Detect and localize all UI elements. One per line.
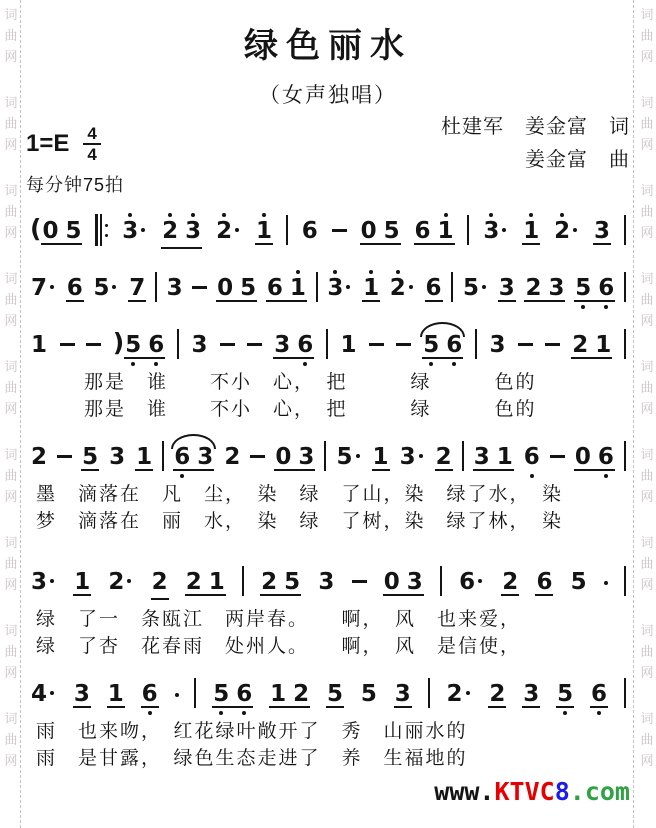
note-group: 4 [30, 673, 57, 717]
repeat-bar [95, 214, 98, 246]
watermark-char: 曲 [2, 729, 20, 750]
watermark-char: 曲 [638, 113, 656, 134]
ktvc8-logo[interactable]: www.KTVC8.com [434, 777, 630, 806]
octave-dot-row [93, 303, 109, 311]
note-group: 6 [523, 436, 541, 480]
watermark-char: 曲 [638, 201, 656, 222]
credits: 杜建军 姜金富 词 姜金富 曲 [441, 111, 630, 177]
dash-note [220, 343, 235, 346]
beam-group: 63 [173, 436, 214, 480]
note: 6 [459, 561, 475, 605]
augmentation-dot [478, 579, 482, 583]
watermark-char: 网 [2, 310, 20, 331]
watermark-char: 网 [2, 574, 20, 595]
note-group: 2 [488, 673, 506, 717]
note: 6 [591, 673, 607, 717]
octave-dot-row [415, 246, 431, 254]
dash-note [250, 455, 265, 458]
watermark-column-right: 词曲网词曲网词曲网词曲网词曲网词曲网词曲网词曲网词曲网 [638, 4, 656, 828]
watermark-char: 词 [2, 92, 20, 113]
beam-group: 61 [414, 210, 455, 254]
beam-group: 5 [462, 267, 489, 311]
octave-dot-row [256, 246, 272, 254]
beam-group: 2 [553, 210, 580, 254]
watermark-char: 曲 [2, 377, 20, 398]
note-digit: 0 [361, 219, 377, 243]
barline [440, 566, 442, 596]
octave-dot-row [557, 709, 573, 717]
note-group: 2 [553, 210, 580, 254]
octave-dot-high [489, 213, 493, 217]
octave-dot-row [474, 472, 490, 480]
logo-eight: 8 [555, 777, 570, 806]
watermark-char: 词 [638, 356, 656, 377]
octave-dot-row [191, 360, 207, 368]
beam-group: 5 [92, 267, 119, 311]
octave-dot-row [284, 597, 300, 605]
note-group: 3 [30, 561, 57, 605]
note-digit: 5 [284, 570, 300, 594]
note-group: 61 [266, 267, 307, 311]
watermark-group: 词曲网 [2, 532, 20, 595]
octave-dot-row [489, 360, 505, 368]
octave-dot-row [502, 597, 518, 605]
octave-dot-row [318, 597, 334, 605]
watermark-char: 曲 [2, 113, 20, 134]
beam-group: 56 [124, 324, 165, 368]
note-group: 56 [574, 267, 615, 311]
note: 0 [275, 436, 291, 480]
octave-dot-high [529, 213, 533, 217]
watermark-group: 词曲网 [2, 268, 20, 331]
note-group: 05 [360, 210, 401, 254]
octave-dot-row [390, 303, 406, 311]
note-digit: 5 [82, 445, 98, 469]
beam-group: 5 [326, 673, 344, 717]
note-digit: 2 [108, 570, 124, 594]
note: 3 [74, 673, 90, 717]
note-digit: 3 [191, 333, 207, 357]
note-digit: 1 [31, 333, 47, 357]
note-digit: 1 [74, 570, 90, 594]
note-digit: 3 [523, 682, 539, 706]
beam-group: 3 [394, 673, 412, 717]
note-group: 3 [121, 210, 148, 254]
note-digit: 2 [293, 682, 309, 706]
note-group: 3 [488, 324, 506, 368]
octave-dot-row [186, 597, 202, 605]
watermark-char: 词 [638, 4, 656, 25]
octave-dot-row [31, 303, 47, 311]
octave-dot-row [598, 472, 614, 480]
octave-dot-row [497, 472, 513, 480]
dash-note [396, 343, 411, 346]
beam-group: 3 [30, 561, 57, 605]
note: 2 [261, 561, 277, 605]
note: 5 [240, 267, 256, 311]
barline [155, 272, 157, 302]
note-group: 12 [269, 673, 310, 717]
augmentation-dot [409, 285, 413, 289]
octave-dot-low [530, 474, 534, 478]
beam-group: 05 [41, 210, 82, 254]
beam-group: 3 [326, 267, 353, 311]
note-group: 1 [522, 210, 540, 254]
barline [624, 272, 626, 302]
beam-group: 2 [223, 436, 241, 480]
note: 6 [524, 436, 540, 480]
note-digit: 3 [185, 219, 201, 243]
note-digit: 7 [31, 276, 47, 300]
dash-note [518, 343, 533, 346]
beam-group: 6 [301, 210, 319, 254]
note-group: )56 [113, 324, 165, 368]
beam-group: 3 [108, 436, 126, 480]
note-group: 3 [73, 673, 91, 717]
watermark-group: 词曲网 [638, 620, 656, 683]
octave-dot-high [560, 213, 564, 217]
lyrics-line: 那是 谁 不小 心， 把 绿 色的 [26, 396, 630, 423]
watermark-group: 词曲网 [638, 180, 656, 243]
note: 3 [167, 267, 183, 311]
watermark-char: 曲 [2, 465, 20, 486]
octave-dot-row [109, 472, 125, 480]
barline [242, 566, 244, 596]
watermark-char: 曲 [2, 25, 20, 46]
watermark-char: 网 [638, 486, 656, 507]
octave-dot-row [267, 303, 283, 311]
octave-dot-low [597, 711, 601, 715]
note: 5 [284, 561, 300, 605]
note: 1 [31, 324, 47, 368]
watermark-group: 词曲网 [2, 180, 20, 243]
note: 1 [290, 267, 306, 311]
note-group: 1 [372, 436, 390, 480]
beam-group: 2 [107, 561, 134, 605]
note: 1 [74, 561, 90, 605]
watermark-group: 词曲网 [638, 532, 656, 595]
octave-dot-high [191, 213, 195, 217]
beam-group: 1 [135, 436, 153, 480]
note-digit: 6 [67, 276, 83, 300]
note-digit: 3 [31, 570, 47, 594]
octave-dot-row [297, 360, 313, 368]
octave-dot-row [483, 246, 499, 254]
beam-group: 5 [570, 561, 588, 605]
watermark-char: 网 [638, 46, 656, 67]
time-signature: 4 4 [83, 125, 100, 163]
note-group: 5 [326, 673, 344, 717]
beam-group: 1 [339, 324, 357, 368]
note-group: 1 [30, 324, 48, 368]
octave-dot-row [275, 472, 291, 480]
note: 2 [224, 436, 240, 480]
note: 5 [327, 673, 343, 717]
barline [326, 329, 328, 359]
note: 2 [293, 673, 309, 717]
note: 2 [152, 561, 168, 605]
logo-www: www. [434, 777, 494, 806]
note-digit: 6 [598, 445, 614, 469]
note: 5 [384, 210, 400, 254]
octave-dot-high [369, 270, 373, 274]
note: 3 [31, 561, 47, 605]
note-digit: 5 [65, 219, 81, 243]
augmentation-dot [604, 581, 608, 585]
note-digit: 6 [302, 219, 318, 243]
watermark-char: 词 [2, 180, 20, 201]
note: 4 [31, 673, 47, 717]
note-digit: 1 [256, 219, 272, 243]
note: 3 [594, 210, 610, 254]
note: 1 [136, 436, 152, 480]
watermark-char: 曲 [2, 641, 20, 662]
watermark-char: 词 [638, 180, 656, 201]
note-digit: 3 [298, 445, 314, 469]
note: 6 [267, 267, 283, 311]
octave-dot-low [180, 474, 184, 478]
augmentation-dot [141, 228, 145, 232]
octave-dot-row [240, 303, 256, 311]
note-group: 25 [260, 561, 301, 605]
note-digit: 6 [236, 682, 252, 706]
note: 3 [523, 673, 539, 717]
note: 1 [209, 561, 225, 605]
header-row: 1=E 4 4 每分钟75拍 杜建军 姜金富 词 姜金富 曲 [26, 109, 630, 197]
octave-dot-low [219, 711, 223, 715]
note: 2 [502, 561, 518, 605]
note-digit: 1 [209, 570, 225, 594]
beam-group: 3 [121, 210, 148, 254]
watermark-group: 词曲网 [2, 356, 20, 419]
song-subtitle: （女声独唱） [26, 79, 630, 109]
watermark-char: 词 [2, 532, 20, 553]
note-digit: 5 [336, 445, 352, 469]
notation-line: 253163203513231606 [26, 436, 630, 480]
watermark-char: 曲 [638, 25, 656, 46]
note: 6 [598, 436, 614, 480]
note-digit: 0 [384, 570, 400, 594]
watermark-char: 网 [2, 46, 20, 67]
beam-group: 06 [574, 436, 615, 480]
note: 3 [191, 324, 207, 368]
note-digit: 1 [340, 333, 356, 357]
octave-dot-row [373, 472, 389, 480]
beam-group: 2 [215, 210, 242, 254]
watermark-char: 网 [638, 662, 656, 683]
octave-dot-row [197, 472, 213, 480]
note-group: 6 [66, 267, 84, 311]
augmentation-dot [175, 693, 179, 697]
beam-group: 6 [425, 267, 443, 311]
credit-lyricists: 杜建军 姜金富 词 [441, 111, 630, 144]
note-digit: 5 [361, 682, 377, 706]
octave-dot-high [396, 270, 400, 274]
score: (053232160561312376573056131265323561)56… [26, 210, 630, 772]
beam-group: 61 [266, 267, 307, 311]
watermark-char: 曲 [638, 289, 656, 310]
note: 1 [256, 210, 272, 254]
note-digit: 3 [400, 445, 416, 469]
augmentation-dot [346, 285, 350, 289]
note-digit: 2 [152, 570, 168, 594]
note: 2 [162, 210, 178, 254]
note: 3 [395, 673, 411, 717]
octave-dot-high [222, 213, 226, 217]
note: 3 [274, 324, 290, 368]
augmentation-dot [50, 285, 54, 289]
beam-group: 4 [30, 673, 57, 717]
beam-group: 1 [73, 561, 91, 605]
octave-dot-row [108, 597, 124, 605]
note: 5 [575, 267, 591, 311]
beam-group: 1 [362, 267, 380, 311]
octave-dot-row [361, 246, 377, 254]
note: 2 [525, 267, 541, 311]
note-digit: 5 [575, 276, 591, 300]
octave-dot-row [571, 597, 587, 605]
octave-dot-row [67, 303, 83, 311]
octave-dot-row [536, 597, 552, 605]
barline [324, 441, 326, 471]
note-digit: 5 [125, 333, 141, 357]
barline [428, 678, 430, 708]
note-digit: 5 [213, 682, 229, 706]
octave-dot-row [459, 597, 475, 605]
beam-group: 3 [317, 561, 335, 605]
note-digit: 6 [297, 333, 313, 357]
note: 6 [148, 324, 164, 368]
note-digit: 6 [148, 333, 164, 357]
note-group: 6 [425, 267, 443, 311]
note-digit: 5 [327, 682, 343, 706]
note: 3 [400, 436, 416, 480]
watermark-char: 网 [2, 750, 20, 771]
note-digit: 3 [74, 682, 90, 706]
credit-composer: 姜金富 曲 [441, 144, 630, 177]
note: 5 [571, 561, 587, 605]
note: 5 [65, 210, 81, 254]
dash-note [352, 580, 367, 583]
octave-dot-low [563, 711, 567, 715]
beam-group: 2 [488, 673, 506, 717]
note-group: 5 [360, 673, 378, 717]
note-group: 5 [335, 436, 362, 480]
octave-dot-row [489, 709, 505, 717]
note: 3 [298, 436, 314, 480]
beam-group: 7 [128, 267, 146, 311]
octave-dot-row [395, 709, 411, 717]
octave-dot-low [604, 474, 608, 478]
watermark-char: 网 [638, 574, 656, 595]
octave-dot-row [363, 303, 379, 311]
note: 1 [497, 436, 513, 480]
octave-dot-row [293, 709, 309, 717]
beam-group: 6 [458, 561, 485, 605]
notation-line: 1)56336156321 [26, 324, 630, 368]
repeat-dot [105, 224, 108, 227]
watermark-group: 词曲网 [2, 708, 20, 771]
watermark-char: 词 [2, 356, 20, 377]
octave-dot-row [142, 709, 158, 717]
octave-dot-row [426, 303, 442, 311]
note-digit: 2 [436, 445, 452, 469]
note: 3 [474, 436, 490, 480]
augmentation-dot [573, 228, 577, 232]
beam-group: 56 [212, 673, 253, 717]
note-digit: 2 [31, 445, 47, 469]
note-digit: 5 [384, 219, 400, 243]
octave-dot-row [591, 709, 607, 717]
note: 3 [122, 210, 138, 254]
watermark-char: 词 [2, 444, 20, 465]
beam-group: 1 [372, 436, 390, 480]
note-digit: 2 [489, 682, 505, 706]
watermark-char: 曲 [2, 201, 20, 222]
note-digit: 3 [483, 219, 499, 243]
repeat-dots [105, 214, 108, 246]
watermark-char: 曲 [638, 377, 656, 398]
watermark-char: 网 [2, 486, 20, 507]
octave-dot-row [185, 246, 201, 254]
lyrics-line: 梦 滴落在 丽 水， 染 绿 了树，染 绿了林， 染 [26, 508, 630, 535]
note-digit: 3 [548, 276, 564, 300]
note-digit: 4 [31, 682, 47, 706]
beam-group: 56 [574, 267, 615, 311]
sheet-content: 绿色丽水 （女声独唱） 1=E 4 4 每分钟75拍 杜建军 姜金富 词 姜金富… [26, 0, 630, 772]
note-digit: 5 [93, 276, 109, 300]
note-group: 3 [522, 673, 540, 717]
note-group: 2 [501, 561, 519, 605]
note: 7 [129, 267, 145, 311]
note-digit: 2 [224, 445, 240, 469]
note: 3 [109, 436, 125, 480]
augmentation-dot [235, 228, 239, 232]
octave-dot-row [108, 709, 124, 717]
octave-dot-row [572, 360, 588, 368]
note-group: 3 [326, 267, 353, 311]
watermark-char: 词 [2, 708, 20, 729]
beam-group: 2 [389, 267, 416, 311]
octave-dot-row [595, 360, 611, 368]
watermark-char: 曲 [2, 289, 20, 310]
dash-note [57, 455, 72, 458]
dash-note [545, 343, 560, 346]
beam-group: 6 [66, 267, 84, 311]
note: 1 [270, 673, 286, 717]
octave-dot-row [436, 472, 452, 480]
note-group: 2 [215, 210, 242, 254]
octave-dot-row [31, 472, 47, 480]
barline [286, 215, 288, 245]
tempo-marking: 每分钟75拍 [26, 171, 124, 197]
dash-note [550, 455, 565, 458]
beam-group: 12 [269, 673, 310, 717]
watermark-char: 网 [2, 222, 20, 243]
octave-dot-row [423, 360, 439, 368]
dash-note [247, 343, 262, 346]
note-digit: 6 [142, 682, 158, 706]
repeat-bar [100, 214, 102, 246]
barline [624, 678, 626, 708]
octave-dot-low [429, 362, 433, 366]
beam-group: 5 [335, 436, 362, 480]
note-group: (05 [30, 210, 82, 254]
note: 0 [42, 210, 58, 254]
watermark-group: 词曲网 [638, 268, 656, 331]
beam-group: 03 [274, 436, 315, 480]
augmentation-dot [356, 454, 360, 458]
